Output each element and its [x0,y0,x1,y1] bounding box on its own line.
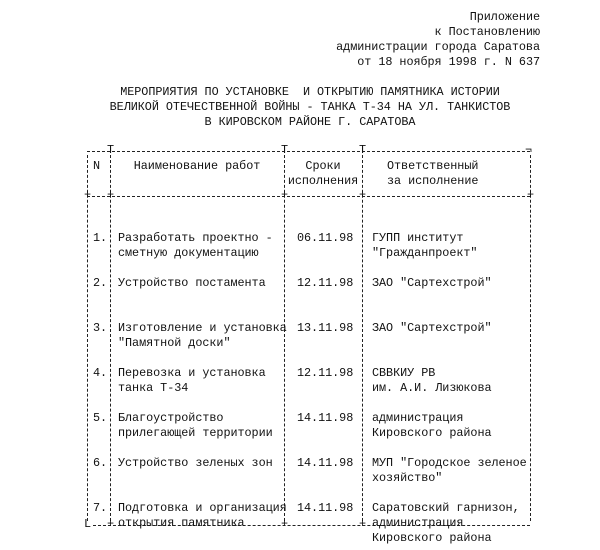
deadline-date: 12.11.98 [297,366,353,381]
column-header: Ответственный [387,159,478,174]
responsible-party: им. А.И. Лизюкова [372,381,492,396]
responsible-party: Кировского района [372,531,492,546]
appendix-line: к Постановлению [300,25,540,40]
work-name: Разработать проектно - [118,231,273,246]
row-number: 1. [93,231,107,246]
deadline-date: 14.11.98 [297,411,353,426]
work-name: Изготовление и установка [118,321,287,336]
title-line: ВЕЛИКОЙ ОТЕЧЕСТВЕННОЙ ВОЙНЫ - ТАНКА Т-34… [60,100,560,115]
cross-glyph: + [281,517,288,532]
responsible-party: ГУПП институт [372,231,463,246]
column-header: за исполнение [387,174,478,189]
header-separator [87,196,530,197]
top-tee-glyph: T [107,143,114,158]
title-line: МЕРОПРИЯТИЯ ПО УСТАНОВКЕ И ОТКРЫТИЮ ПАМЯ… [60,85,560,100]
responsible-party: ЗАО "Сартехстрой" [372,321,492,336]
cross-glyph: + [107,188,114,203]
cross-glyph: + [359,188,366,203]
deadline-date: 12.11.98 [297,276,353,291]
work-name: Подготовка и организация [118,501,287,516]
top-tee-glyph: T [281,143,288,158]
deadline-date: 06.11.98 [297,231,353,246]
row-number: 6. [93,456,107,471]
appendix-line: Приложение [300,10,540,25]
top-right-corner-glyph: ¬ [525,143,532,158]
row-number: 2. [93,276,107,291]
cross-glyph: + [107,517,114,532]
deadline-date: 13.11.98 [297,321,353,336]
deadline-date: 14.11.98 [297,501,353,516]
row-number: 4. [93,366,107,381]
appendix-line: администрации города Саратова [300,40,540,55]
bottom-left-corner-glyph: L [84,517,91,532]
column-header: Наименование работ [110,159,284,174]
top-tee-glyph: T [359,143,366,158]
column-border [530,155,531,521]
row-number: 5. [93,411,107,426]
work-name: "Памятной доски" [118,336,230,351]
column-header: N [93,159,100,174]
table-top-border [87,151,530,152]
cross-glyph: + [359,517,366,532]
work-name: прилегающей территории [118,426,273,441]
cross-glyph: + [84,188,91,203]
work-name: открытия памятника [118,516,245,531]
work-name: Устройство постамента [118,276,266,291]
column-border [87,155,88,521]
responsible-party: Саратовский гарнизон, [372,501,520,516]
cross-glyph: + [281,188,288,203]
responsible-party: МУП "Городское зеленое [372,456,527,471]
column-header: исполнения [284,174,362,189]
row-number: 7. [93,501,107,516]
title-line: В КИРОВСКОМ РАЙОНЕ Г. САРАТОВА [60,115,560,130]
work-name: Перевозка и установка [118,366,266,381]
column-border [362,155,363,521]
work-name: танка Т-34 [118,381,188,396]
work-name: сметную документацию [118,246,259,261]
cross-glyph: + [527,188,534,203]
responsible-party: СВВКИУ РВ [372,366,435,381]
work-name: Благоустройство [118,411,223,426]
deadline-date: 14.11.98 [297,456,353,471]
work-name: Устройство зеленых зон [118,456,273,471]
responsible-party: администрация [372,411,463,426]
responsible-party: "Гражданпроект" [372,246,477,261]
responsible-party: администрация [372,516,463,531]
responsible-party: хозяйство" [372,471,442,486]
responsible-party: ЗАО "Сартехстрой" [372,276,492,291]
responsible-party: Кировского района [372,426,492,441]
column-border [110,155,111,521]
column-border [284,155,285,521]
row-number: 3. [93,321,107,336]
column-header: Сроки [284,159,362,174]
appendix-line: от 18 ноября 1998 г. N 637 [300,55,540,70]
